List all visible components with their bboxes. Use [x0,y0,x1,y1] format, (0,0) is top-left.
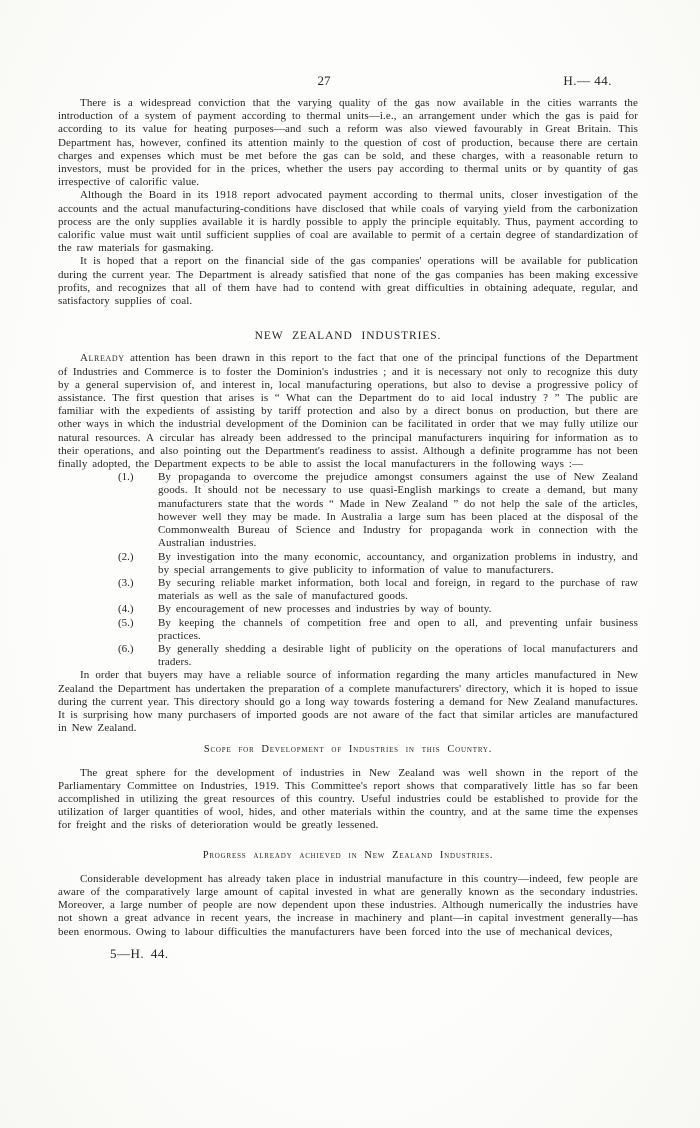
list-item: (6.) By generally shedding a desirable l… [118,643,638,669]
heading-scope-for-development: Scope for Development of Industries in t… [58,743,638,756]
paragraph-gas-financial-report: It is hoped that a report on the financi… [58,255,638,308]
lead-word-already: Already [80,352,125,364]
heading-new-zealand-industries: NEW ZEALAND INDUSTRIES. [58,330,638,343]
paragraph-scope-development: The great sphere for the development of … [58,767,638,833]
paragraph-gas-board-1918: Although the Board in its 1918 report ad… [58,189,638,255]
scanned-report-page: 27 H.— 44. There is a widespread convict… [0,0,700,1128]
list-item-text: By propaganda to overcome the prejudice … [158,471,638,550]
paragraph-industries-intro: Already attention has been drawn in this… [58,352,638,471]
list-item: (1.) By propaganda to overcome the preju… [118,471,638,550]
heading-progress-achieved: Progress already achieved in New Zealand… [58,849,638,862]
list-item-number: (5.) [118,617,158,643]
list-item-number: (4.) [118,603,158,616]
list-item-number: (6.) [118,643,158,669]
list-item: (4.) By encouragement of new processes a… [118,603,638,616]
list-item: (2.) By investigation into the many econ… [118,551,638,577]
list-item-text: By keeping the channels of competition f… [158,617,638,643]
list-item-number: (3.) [118,577,158,603]
list-item-text: By securing reliable market information,… [158,577,638,603]
document-code: H.— 44. [563,74,612,87]
footer-signature: 5—H. 44. [110,947,638,960]
paragraph-progress-achieved: Considerable development has already tak… [58,873,638,939]
list-item-number: (2.) [118,551,158,577]
list-item-text: By generally shedding a desirable light … [158,643,638,669]
page-header: 27 H.— 44. [58,74,638,89]
list-item-text: By investigation into the many economic,… [158,551,638,577]
list-item-text: By encouragement of new processes and in… [158,603,638,616]
assistance-ways-list: (1.) By propaganda to overcome the preju… [118,471,638,669]
list-item: (3.) By securing reliable market informa… [118,577,638,603]
paragraph-industries-intro-text: attention has been drawn in this report … [58,352,638,470]
paragraph-gas-quality: There is a widespread conviction that th… [58,97,638,189]
page-number: 27 [58,74,590,87]
list-item-number: (1.) [118,471,158,550]
paragraph-manufacturers-directory: In order that buyers may have a reliable… [58,669,638,735]
list-item: (5.) By keeping the channels of competit… [118,617,638,643]
